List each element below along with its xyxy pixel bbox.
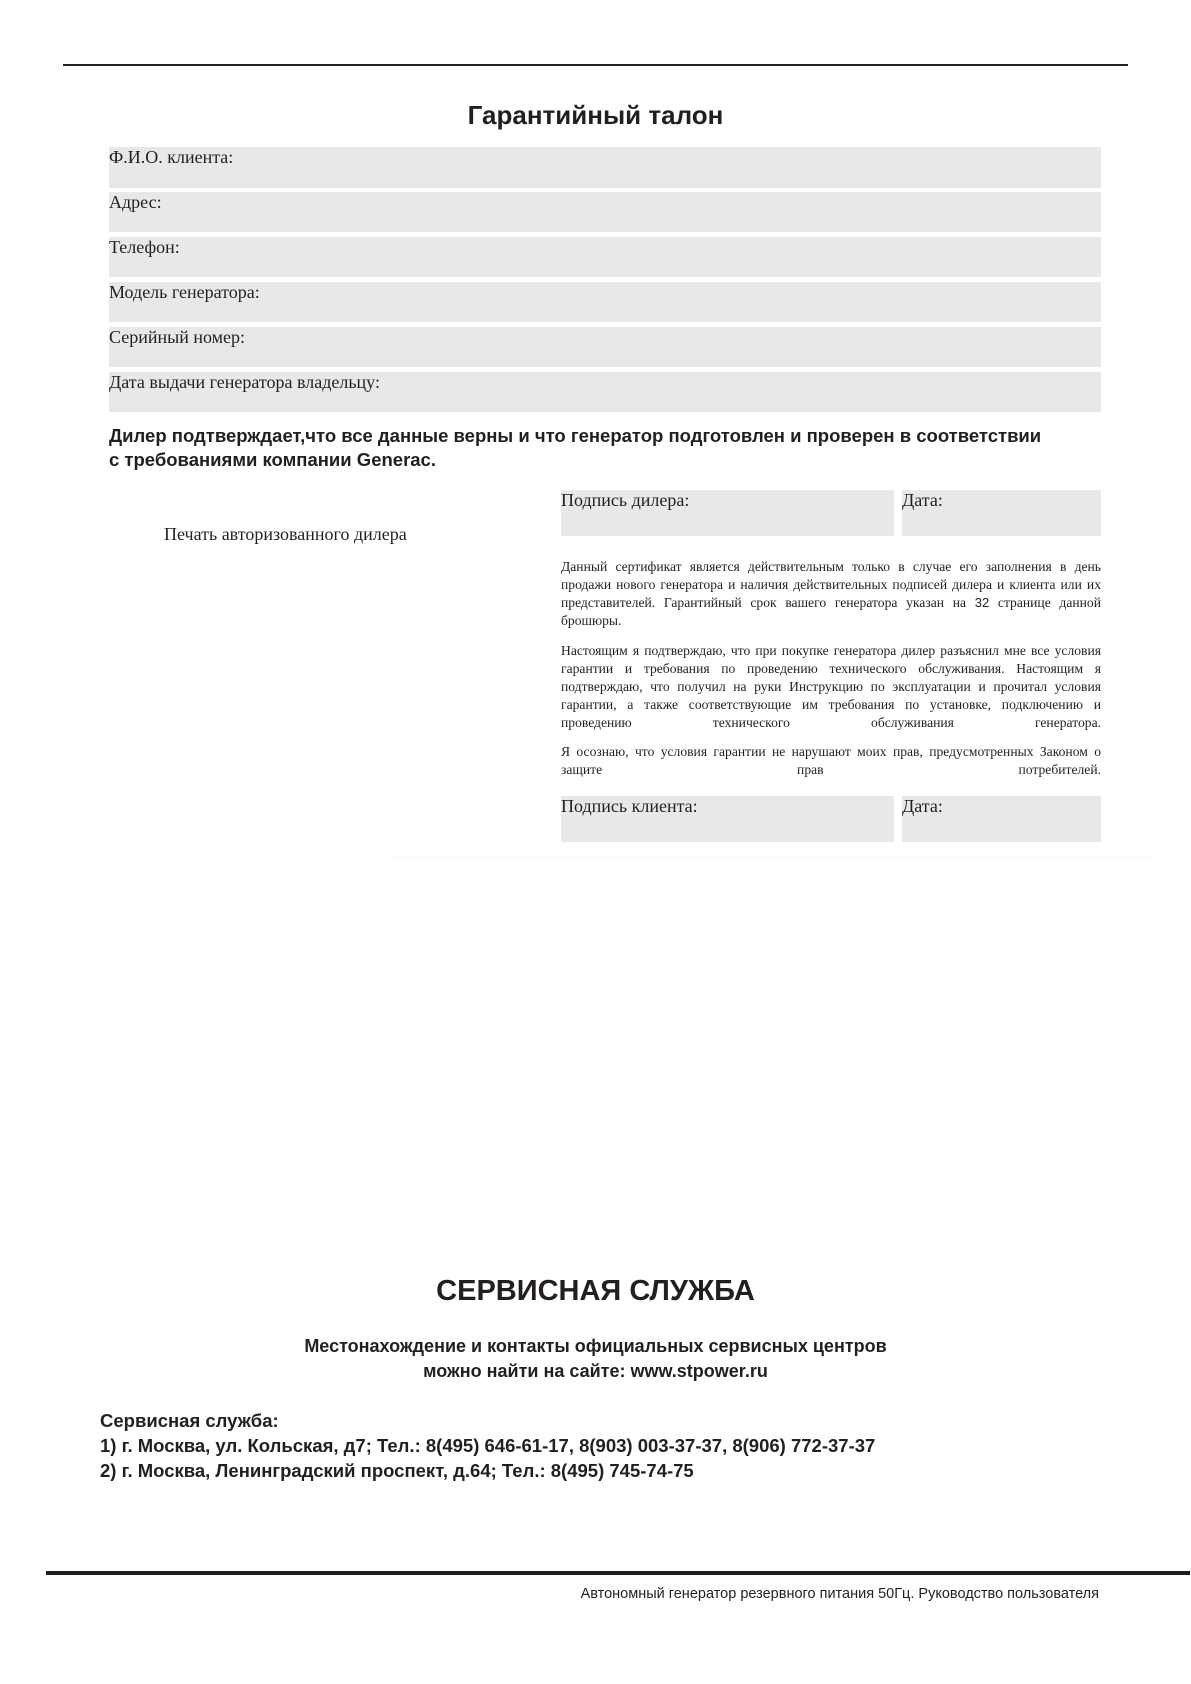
client-date-label: Дата: — [902, 796, 1101, 816]
service-title: СЕРВИСНАЯ СЛУЖБА — [0, 1275, 1191, 1308]
dotted-divider — [395, 857, 1150, 858]
field-label: Дата выдачи генератора владельцу: — [109, 372, 1101, 392]
service-center-item: 2) г. Москва, Ленинградский проспект, д.… — [100, 1458, 875, 1483]
field-client-name[interactable]: Ф.И.О. клиента: — [109, 147, 1101, 188]
footer-text: Автономный генератор резервного питания … — [581, 1586, 1099, 1602]
field-label: Серийный номер: — [109, 327, 1101, 347]
field-label: Телефон: — [109, 237, 1101, 257]
certificate-validity-text: Данный сертификат является действительны… — [561, 558, 1101, 630]
field-label: Адрес: — [109, 192, 1101, 212]
service-list-heading: Сервисная служба: — [100, 1408, 875, 1433]
certificate-page-number: 32 — [975, 595, 989, 610]
field-serial-number[interactable]: Серийный номер: — [109, 327, 1101, 367]
client-signature-field[interactable]: Подпись клиента: — [561, 796, 894, 842]
dealer-date-field[interactable]: Дата: — [902, 490, 1101, 536]
bottom-rule — [46, 1571, 1190, 1575]
service-subtitle: Местонахождение и контакты официальных с… — [0, 1334, 1191, 1384]
warranty-title: Гарантийный талон — [0, 100, 1191, 131]
service-subtitle-line1: Местонахождение и контакты официальных с… — [0, 1334, 1191, 1359]
dealer-confirmation: Дилер подтверждает,что все данные верны … — [109, 424, 1104, 472]
field-phone[interactable]: Телефон: — [109, 237, 1101, 277]
dealer-signature-label: Подпись дилера: — [561, 490, 894, 510]
service-subtitle-line2: можно найти на сайте: www.stpower.ru — [0, 1359, 1191, 1384]
dealer-confirmation-line1: Дилер подтверждает,что все данные верны … — [109, 424, 1104, 448]
client-confirmation-text: Настоящим я подтверждаю, что при покупке… — [561, 642, 1101, 732]
service-centers-list: Сервисная служба: 1) г. Москва, ул. Коль… — [100, 1408, 875, 1483]
field-address[interactable]: Адрес: — [109, 192, 1101, 232]
dealer-confirmation-line2: с требованиями компании Generac. — [109, 448, 1104, 472]
top-rule — [63, 64, 1128, 66]
dealer-signature-field[interactable]: Подпись дилера: — [561, 490, 894, 536]
client-date-field[interactable]: Дата: — [902, 796, 1101, 842]
dealer-stamp-label: Печать авторизованного дилера — [164, 524, 407, 545]
field-label: Ф.И.О. клиента: — [109, 147, 1101, 167]
field-generator-model[interactable]: Модель генератора: — [109, 282, 1101, 322]
field-label: Модель генератора: — [109, 282, 1101, 302]
service-center-item: 1) г. Москва, ул. Кольская, д7; Тел.: 8(… — [100, 1433, 875, 1458]
dealer-date-label: Дата: — [902, 490, 1101, 510]
client-signature-label: Подпись клиента: — [561, 796, 894, 816]
rights-text: Я осознаю, что условия гарантии не наруш… — [561, 743, 1101, 779]
field-issue-date[interactable]: Дата выдачи генератора владельцу: — [109, 372, 1101, 412]
